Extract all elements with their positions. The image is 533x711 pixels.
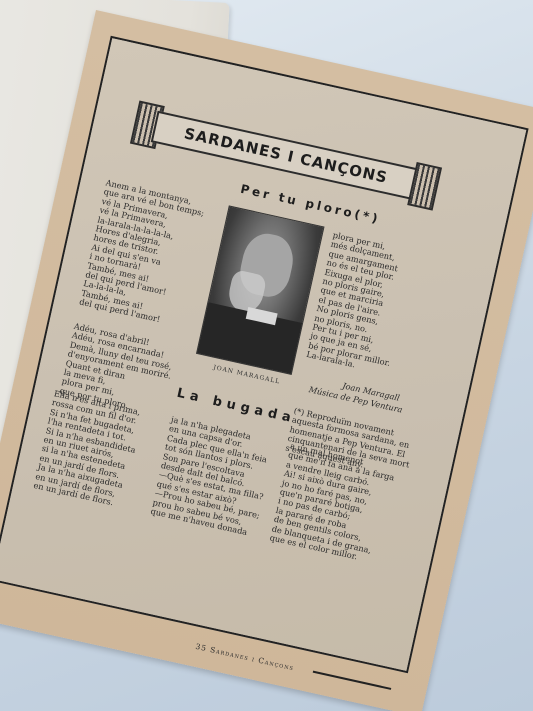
page-footer: 35 Sardanes i Cançons	[195, 642, 295, 673]
page-border: SARDANES I CANÇONS Per tu ploro(*) Anem …	[0, 36, 529, 673]
footer-rule	[313, 671, 392, 690]
magazine-page: SARDANES I CANÇONS Per tu ploro(*) Anem …	[0, 10, 533, 711]
